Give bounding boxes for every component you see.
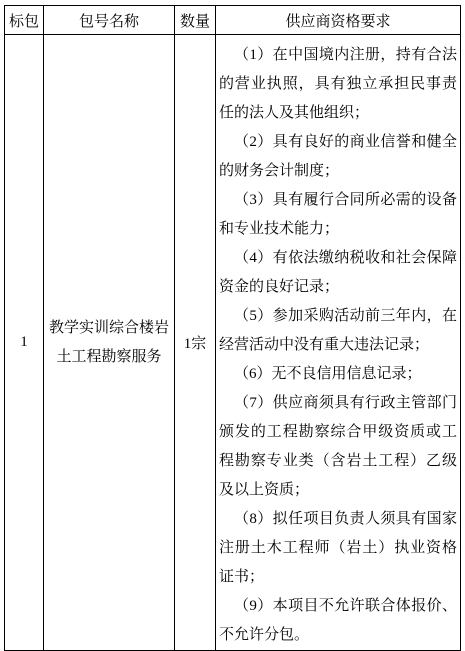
requirements-list: （1）在中国境内注册，持有合法的营业执照，具有独立承担民事责任的法人及其他组织；… bbox=[219, 41, 457, 650]
requirement-item: （9）本项目不允许联合体报价、不允许分包。 bbox=[219, 592, 457, 650]
cell-quantity: 1宗 bbox=[175, 35, 216, 651]
table-row: 1 教学实训综合楼岩土工程勘察服务 1宗 （1）在中国境内注册，持有合法的营业执… bbox=[5, 35, 461, 651]
cell-package-name: 教学实训综合楼岩土工程勘察服务 bbox=[44, 35, 175, 651]
requirement-item: （2）具有良好的商业信誉和健全的财务会计制度； bbox=[219, 128, 457, 186]
requirement-item: （7）供应商须具有行政主管部门颁发的工程勘察综合甲级资质或工程勘察专业类（含岩土… bbox=[219, 389, 457, 505]
requirement-item: （6）无不良信用信息记录； bbox=[219, 360, 457, 389]
requirement-item: （8）拟任项目负责人须具有国家注册土木工程师（岩土）执业资格证书； bbox=[219, 505, 457, 592]
supplier-qualification-table: 标包 包号名称 数量 供应商资格要求 1 教学实训综合楼岩土工程勘察服务 1宗 … bbox=[4, 5, 461, 651]
header-package-name: 包号名称 bbox=[44, 6, 175, 35]
header-quantity: 数量 bbox=[175, 6, 216, 35]
requirement-item: （4）有依法缴纳税收和社会保障资金的良好记录； bbox=[219, 244, 457, 302]
header-package: 标包 bbox=[5, 6, 44, 35]
requirement-item: （1）在中国境内注册，持有合法的营业执照，具有独立承担民事责任的法人及其他组织； bbox=[219, 41, 457, 128]
table-header-row: 标包 包号名称 数量 供应商资格要求 bbox=[5, 6, 461, 35]
cell-requirements: （1）在中国境内注册，持有合法的营业执照，具有独立承担民事责任的法人及其他组织；… bbox=[216, 35, 461, 651]
requirement-item: （5）参加采购活动前三年内，在经营活动中没有重大违法记录； bbox=[219, 302, 457, 360]
requirement-item: （3）具有履行合同所必需的设备和专业技术能力； bbox=[219, 186, 457, 244]
header-requirements: 供应商资格要求 bbox=[216, 6, 461, 35]
cell-package-no: 1 bbox=[5, 35, 44, 651]
